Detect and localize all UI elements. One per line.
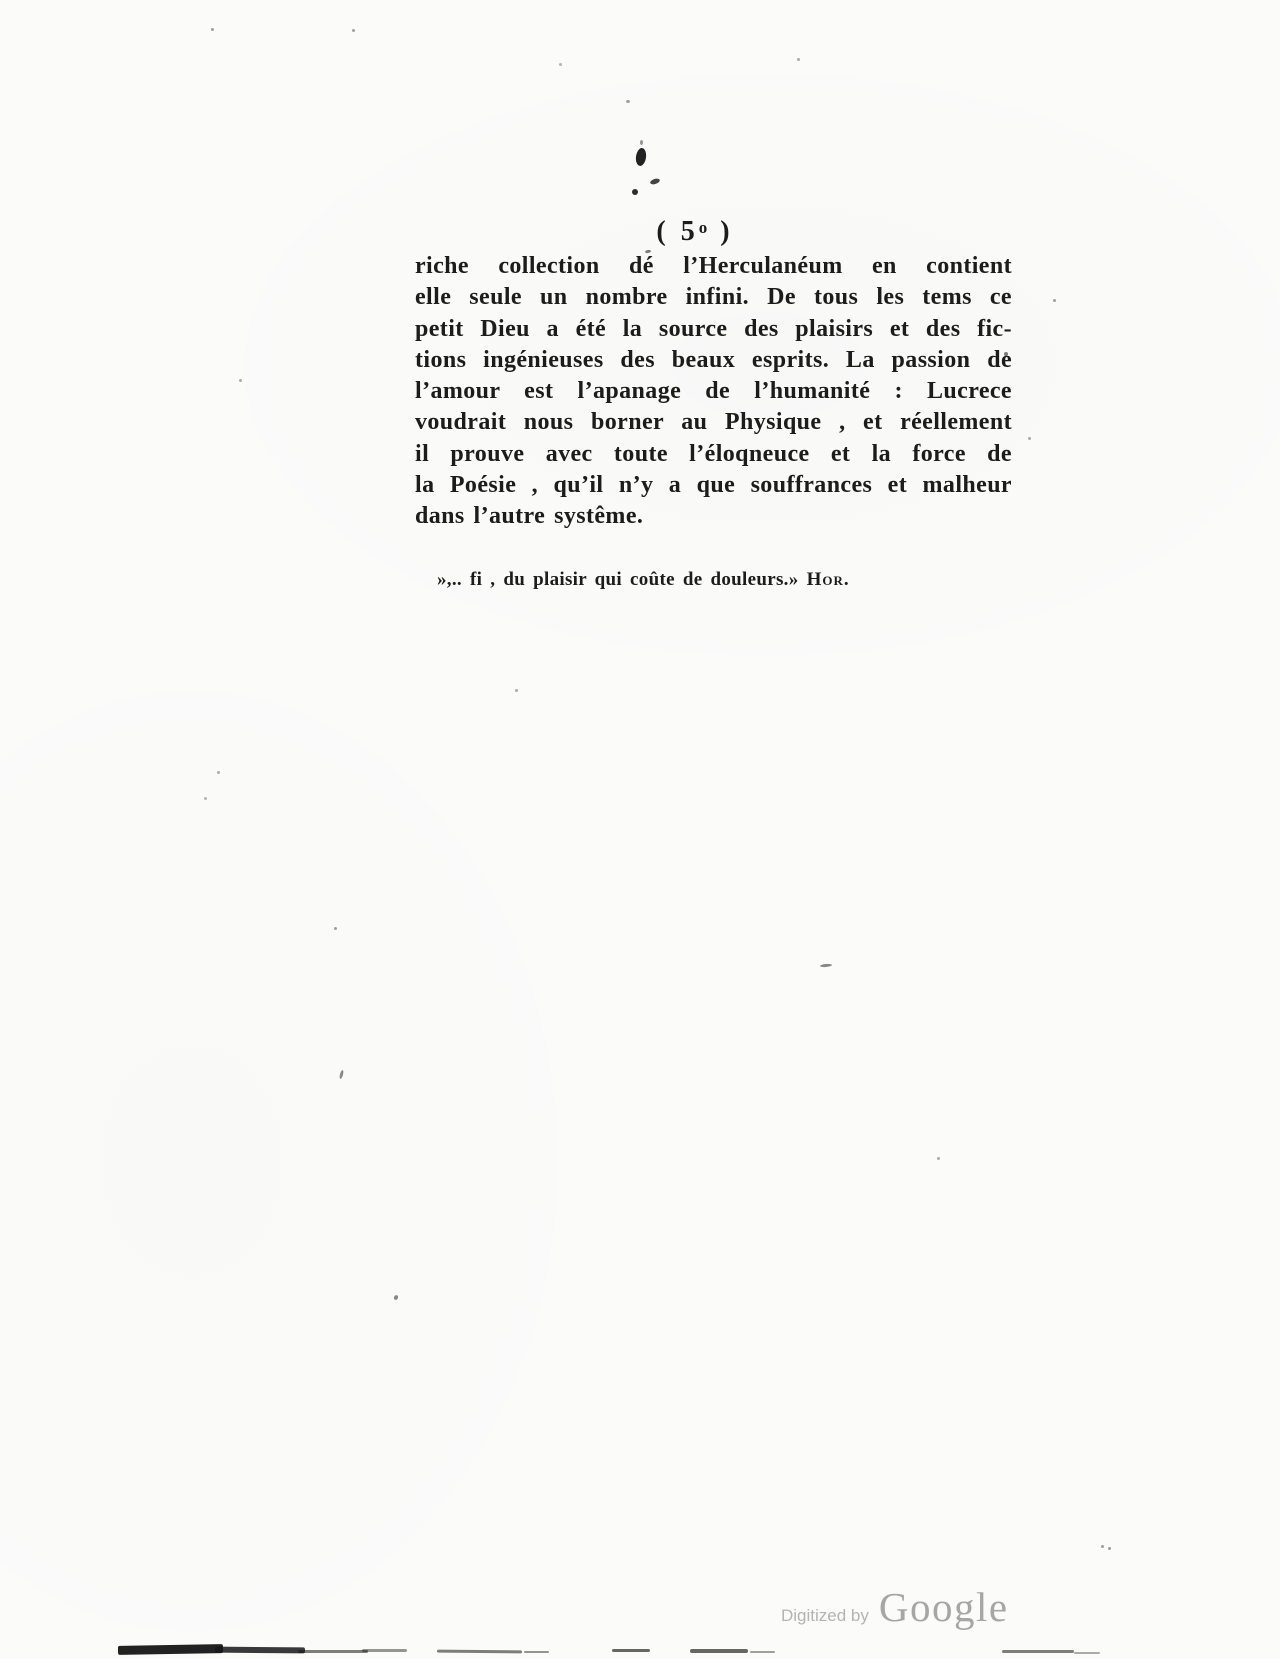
ink-speck <box>1108 1547 1111 1550</box>
scan-streak <box>215 1647 305 1654</box>
ink-speck <box>820 963 832 967</box>
page-number: ( 5o ) <box>415 216 975 248</box>
text-line: riche collection dé l’Herculanéum en con… <box>415 251 1012 282</box>
scanned-book-page: ( 5o ) riche collection dé l’Herculanéum… <box>0 0 1280 1659</box>
text-line: elle seule un nombre infini. De tous les… <box>415 282 1012 313</box>
ink-speck <box>217 771 220 774</box>
page-number-close: ) <box>709 216 733 247</box>
text-line: la Poésie , qu’il n’y a que souffrances … <box>415 470 1012 501</box>
ink-speck <box>626 100 630 103</box>
text-line: dans l’autre systême. <box>415 501 1012 532</box>
scan-streak <box>1002 1650 1074 1653</box>
ink-speck <box>649 178 660 186</box>
scan-streak <box>362 1649 407 1652</box>
scan-streak <box>1074 1652 1100 1654</box>
footnote-source: Hor. <box>807 569 850 590</box>
text-line: petit Dieu a été la source des plaisirs … <box>415 314 1012 345</box>
text-line: tions ingénieuses des beaux esprits. La … <box>415 345 1012 376</box>
footnote-text: »,.. fi , du plaisir qui coûte de douleu… <box>437 569 799 590</box>
ink-speck <box>1053 299 1056 302</box>
ink-speck <box>1028 437 1031 440</box>
ink-speck <box>515 689 518 692</box>
scan-streak <box>524 1651 549 1653</box>
ink-speck <box>393 1294 399 1300</box>
scan-streak <box>298 1650 368 1653</box>
ink-speck <box>937 1157 940 1160</box>
digitized-by-label: Digitized by <box>781 1606 869 1626</box>
ink-speck <box>559 63 562 66</box>
ink-speck <box>635 147 647 166</box>
ink-speck <box>334 927 337 930</box>
page-number-open: ( 5 <box>656 216 698 247</box>
text-line: il prouve avec toute l’éloqneuce et la f… <box>415 439 1012 470</box>
ink-speck <box>1101 1545 1104 1548</box>
ink-speck <box>339 1070 344 1079</box>
scan-streak <box>437 1650 522 1654</box>
google-logo: Google <box>879 1583 1009 1631</box>
page-number-superscript: o <box>699 218 710 237</box>
body-paragraph: riche collection dé l’Herculanéum en con… <box>415 251 1012 533</box>
scan-streak <box>690 1649 748 1653</box>
ink-speck <box>204 797 207 800</box>
ink-speck <box>640 140 643 145</box>
text-line: voudrait nous borner au Physique , et ré… <box>415 407 1012 438</box>
scan-streak <box>750 1651 775 1653</box>
scan-streak <box>118 1644 223 1655</box>
ink-speck <box>239 379 242 382</box>
ink-speck <box>211 28 214 31</box>
text-line: l’amour est l’apanage de l’humanité : Lu… <box>415 376 1012 407</box>
google-watermark: Digitized by Google <box>781 1583 1009 1631</box>
ink-speck <box>797 58 800 61</box>
footnote: »,.. fi , du plaisir qui coûte de douleu… <box>437 569 907 591</box>
ink-speck <box>632 189 638 195</box>
scan-streak <box>612 1649 650 1652</box>
ink-speck <box>352 29 355 32</box>
